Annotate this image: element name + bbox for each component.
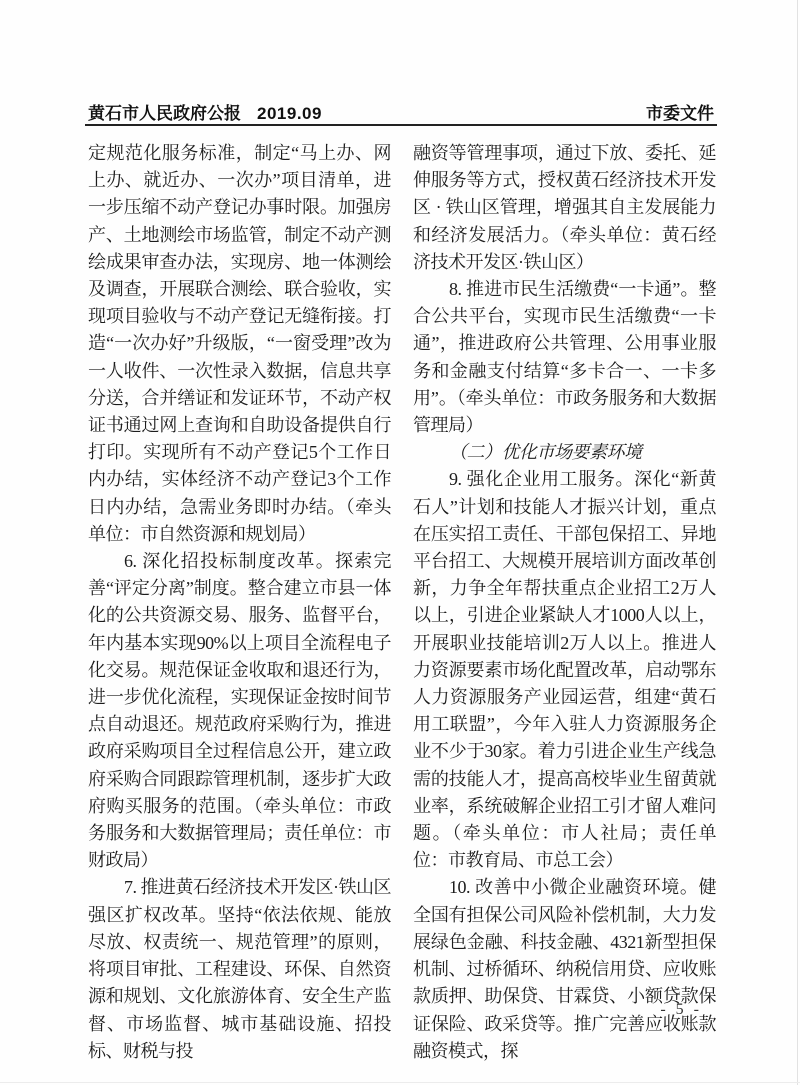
paragraph: 8. 推进市民生活缴费“一卡通”。整合公共平台，实现市民生活缴费“一卡通”，推进…	[413, 276, 716, 439]
paragraph: 10. 改善中小微企业融资环境。健全国有担保公司风险补偿机制，大力发展绿色金融、…	[413, 874, 716, 1064]
scan-edge-right	[797, 0, 798, 1085]
right-column: 融资等管理事项，通过下放、委托、延伸服务等方式，授权黄石经济技术开发区 · 铁山…	[413, 140, 716, 1065]
gazette-page: 黄石市人民政府公报 2019.09 市委文件 定规范化服务标准，制定“马上办、网…	[0, 0, 800, 1085]
page-header: 黄石市人民政府公报 2019.09 市委文件	[88, 99, 714, 124]
header-left: 黄石市人民政府公报 2019.09	[88, 99, 322, 124]
paragraph: 定规范化服务标准，制定“马上办、网上办、就近办、一次办”项目清单，进一步压缩不动…	[88, 140, 391, 548]
gazette-issue: 2019.09	[257, 104, 322, 124]
document-body: 定规范化服务标准，制定“马上办、网上办、就近办、一次办”项目清单，进一步压缩不动…	[88, 140, 716, 1065]
left-column: 定规范化服务标准，制定“马上办、网上办、就近办、一次办”项目清单，进一步压缩不动…	[88, 140, 391, 1065]
paragraph: 融资等管理事项，通过下放、委托、延伸服务等方式，授权黄石经济技术开发区 · 铁山…	[413, 140, 716, 276]
paragraph: 7. 推进黄石经济技术开发区·铁山区强区扩权改革。坚持“依法依规、能放尽放、权责…	[88, 874, 391, 1064]
scan-edge-bottom	[0, 1082, 800, 1083]
header-rule	[85, 124, 717, 126]
page-number: - 5 -	[660, 1001, 702, 1019]
gazette-title: 黄石市人民政府公报	[88, 99, 241, 124]
section-heading: （二）优化市场要素环境	[413, 439, 716, 466]
header-section-label: 市委文件	[646, 99, 714, 124]
paragraph: 9. 强化企业用工服务。深化“新黄石人”计划和技能人才振兴计划，重点在压实招工责…	[413, 466, 716, 874]
paragraph: 6. 深化招投标制度改革。探索完善“评定分离”制度。整合建立市县一体化的公共资源…	[88, 548, 391, 874]
